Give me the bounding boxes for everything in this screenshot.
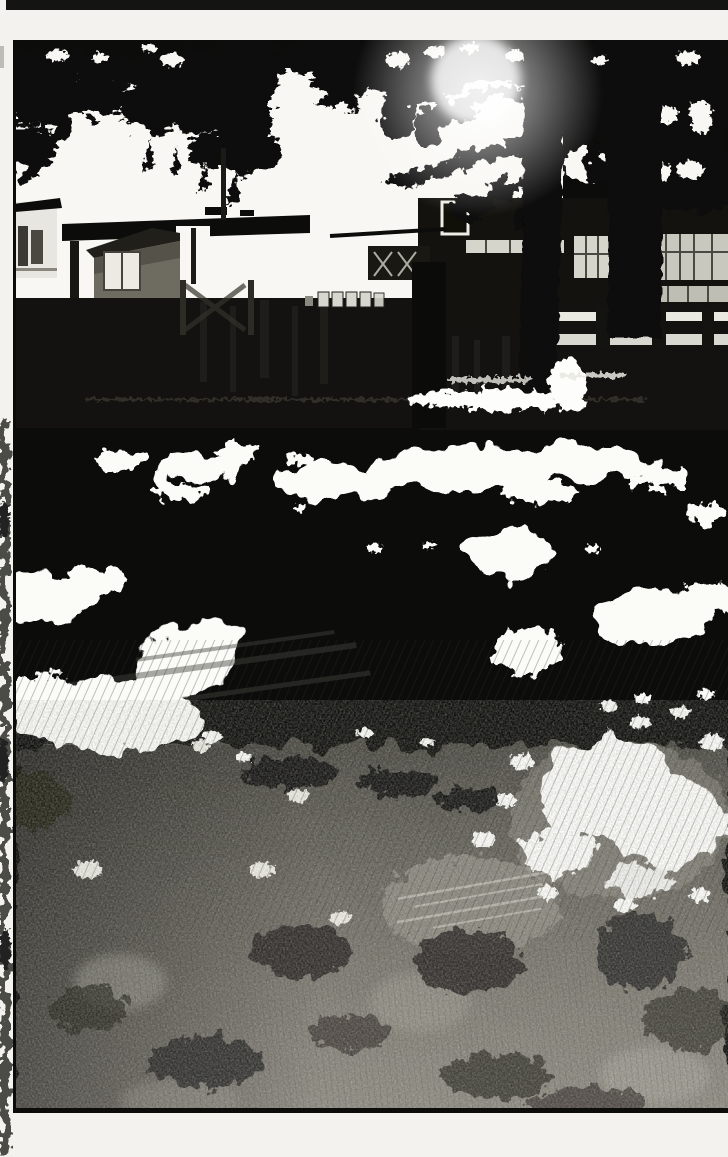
- manga-page: [0, 0, 728, 1157]
- flagpole: [221, 148, 226, 220]
- distant-house: [13, 198, 62, 278]
- top-trim-strip: [6, 0, 728, 10]
- ground-texture: [0, 640, 728, 1130]
- grain-dark: [13, 700, 728, 1113]
- panel: [0, 0, 728, 1130]
- panel-artwork: [0, 0, 728, 1157]
